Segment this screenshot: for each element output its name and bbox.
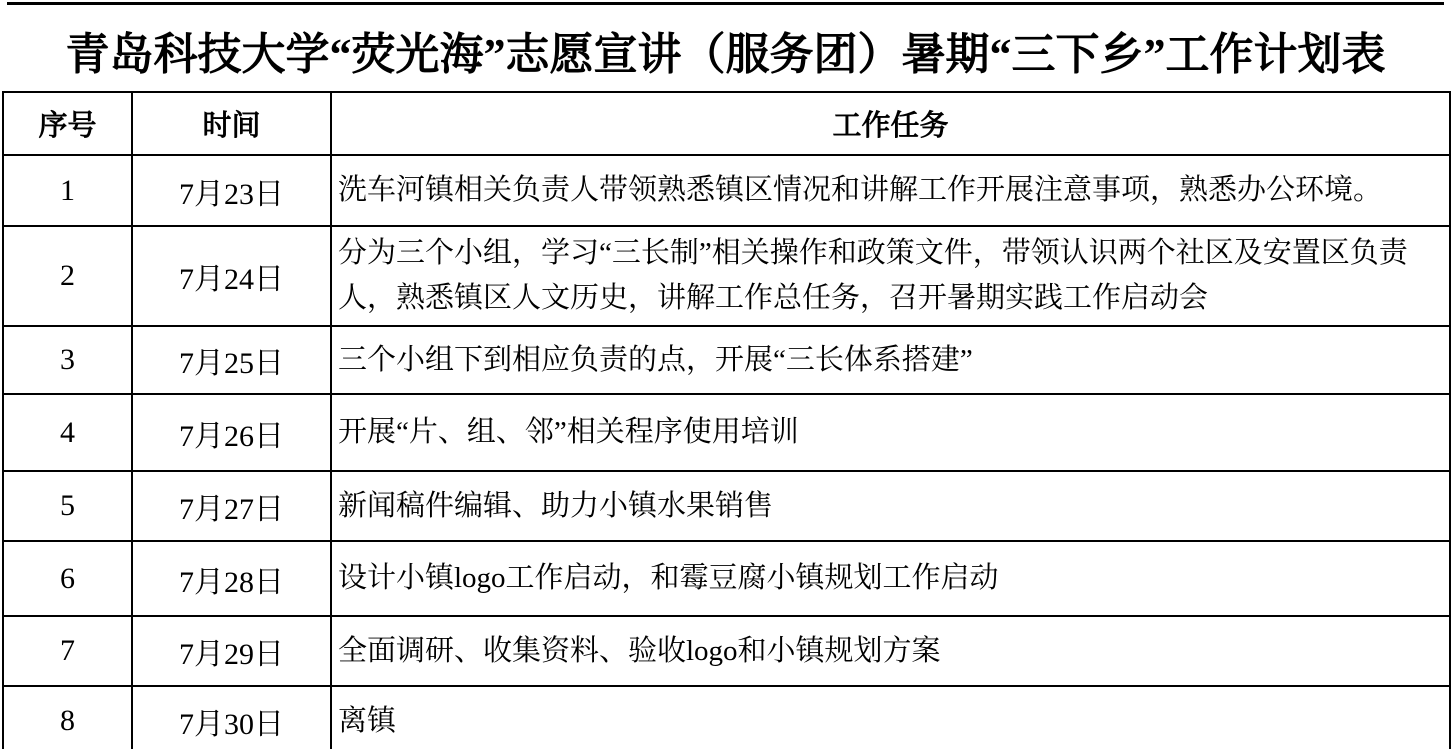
cell-date: 7月28日 bbox=[132, 541, 331, 616]
cell-task: 开展“片、组、邻”相关程序使用培训 bbox=[331, 394, 1450, 471]
cell-index: 7 bbox=[3, 616, 132, 686]
table-row: 5 7月27日 新闻稿件编辑、助力小镇水果销售 bbox=[3, 471, 1450, 541]
table-row: 7 7月29日 全面调研、收集资料、验收logo和小镇规划方案 bbox=[3, 616, 1450, 686]
cell-index: 6 bbox=[3, 541, 132, 616]
page-title: 青岛科技大学“荧光海”志愿宣讲（服务团）暑期“三下乡”工作计划表 bbox=[0, 0, 1451, 91]
cell-task: 离镇 bbox=[331, 686, 1450, 749]
document-page: 青岛科技大学“荧光海”志愿宣讲（服务团）暑期“三下乡”工作计划表 序号 时间 工… bbox=[0, 0, 1451, 749]
cell-index: 2 bbox=[3, 226, 132, 326]
cell-index: 4 bbox=[3, 394, 132, 471]
cell-task: 设计小镇logo工作启动，和霉豆腐小镇规划工作启动 bbox=[331, 541, 1450, 616]
work-plan-table: 序号 时间 工作任务 1 7月23日 洗车河镇相关负责人带领熟悉镇区情况和讲解工… bbox=[2, 91, 1451, 749]
cell-index: 8 bbox=[3, 686, 132, 749]
cell-task: 三个小组下到相应负责的点，开展“三长体系搭建” bbox=[331, 326, 1450, 394]
cell-date: 7月29日 bbox=[132, 616, 331, 686]
table-row: 2 7月24日 分为三个小组，学习“三长制”相关操作和政策文件，带领认识两个社区… bbox=[3, 226, 1450, 326]
cell-date: 7月25日 bbox=[132, 326, 331, 394]
cell-date: 7月27日 bbox=[132, 471, 331, 541]
cell-task: 洗车河镇相关负责人带领熟悉镇区情况和讲解工作开展注意事项，熟悉办公环境。 bbox=[331, 155, 1450, 226]
cell-index: 3 bbox=[3, 326, 132, 394]
cell-task: 新闻稿件编辑、助力小镇水果销售 bbox=[331, 471, 1450, 541]
column-header-task: 工作任务 bbox=[331, 92, 1450, 155]
cell-task: 分为三个小组，学习“三长制”相关操作和政策文件，带领认识两个社区及安置区负责人，… bbox=[331, 226, 1450, 326]
cell-task: 全面调研、收集资料、验收logo和小镇规划方案 bbox=[331, 616, 1450, 686]
cell-date: 7月24日 bbox=[132, 226, 331, 326]
cell-date: 7月26日 bbox=[132, 394, 331, 471]
column-header-date: 时间 bbox=[132, 92, 331, 155]
column-header-index: 序号 bbox=[3, 92, 132, 155]
table-row: 6 7月28日 设计小镇logo工作启动，和霉豆腐小镇规划工作启动 bbox=[3, 541, 1450, 616]
table-row: 3 7月25日 三个小组下到相应负责的点，开展“三长体系搭建” bbox=[3, 326, 1450, 394]
cell-index: 5 bbox=[3, 471, 132, 541]
table-row: 4 7月26日 开展“片、组、邻”相关程序使用培训 bbox=[3, 394, 1450, 471]
top-border-rule bbox=[7, 2, 1444, 5]
cell-index: 1 bbox=[3, 155, 132, 226]
table-row: 1 7月23日 洗车河镇相关负责人带领熟悉镇区情况和讲解工作开展注意事项，熟悉办… bbox=[3, 155, 1450, 226]
cell-date: 7月23日 bbox=[132, 155, 331, 226]
header-row: 序号 时间 工作任务 bbox=[3, 92, 1450, 155]
table-row: 8 7月30日 离镇 bbox=[3, 686, 1450, 749]
cell-date: 7月30日 bbox=[132, 686, 331, 749]
